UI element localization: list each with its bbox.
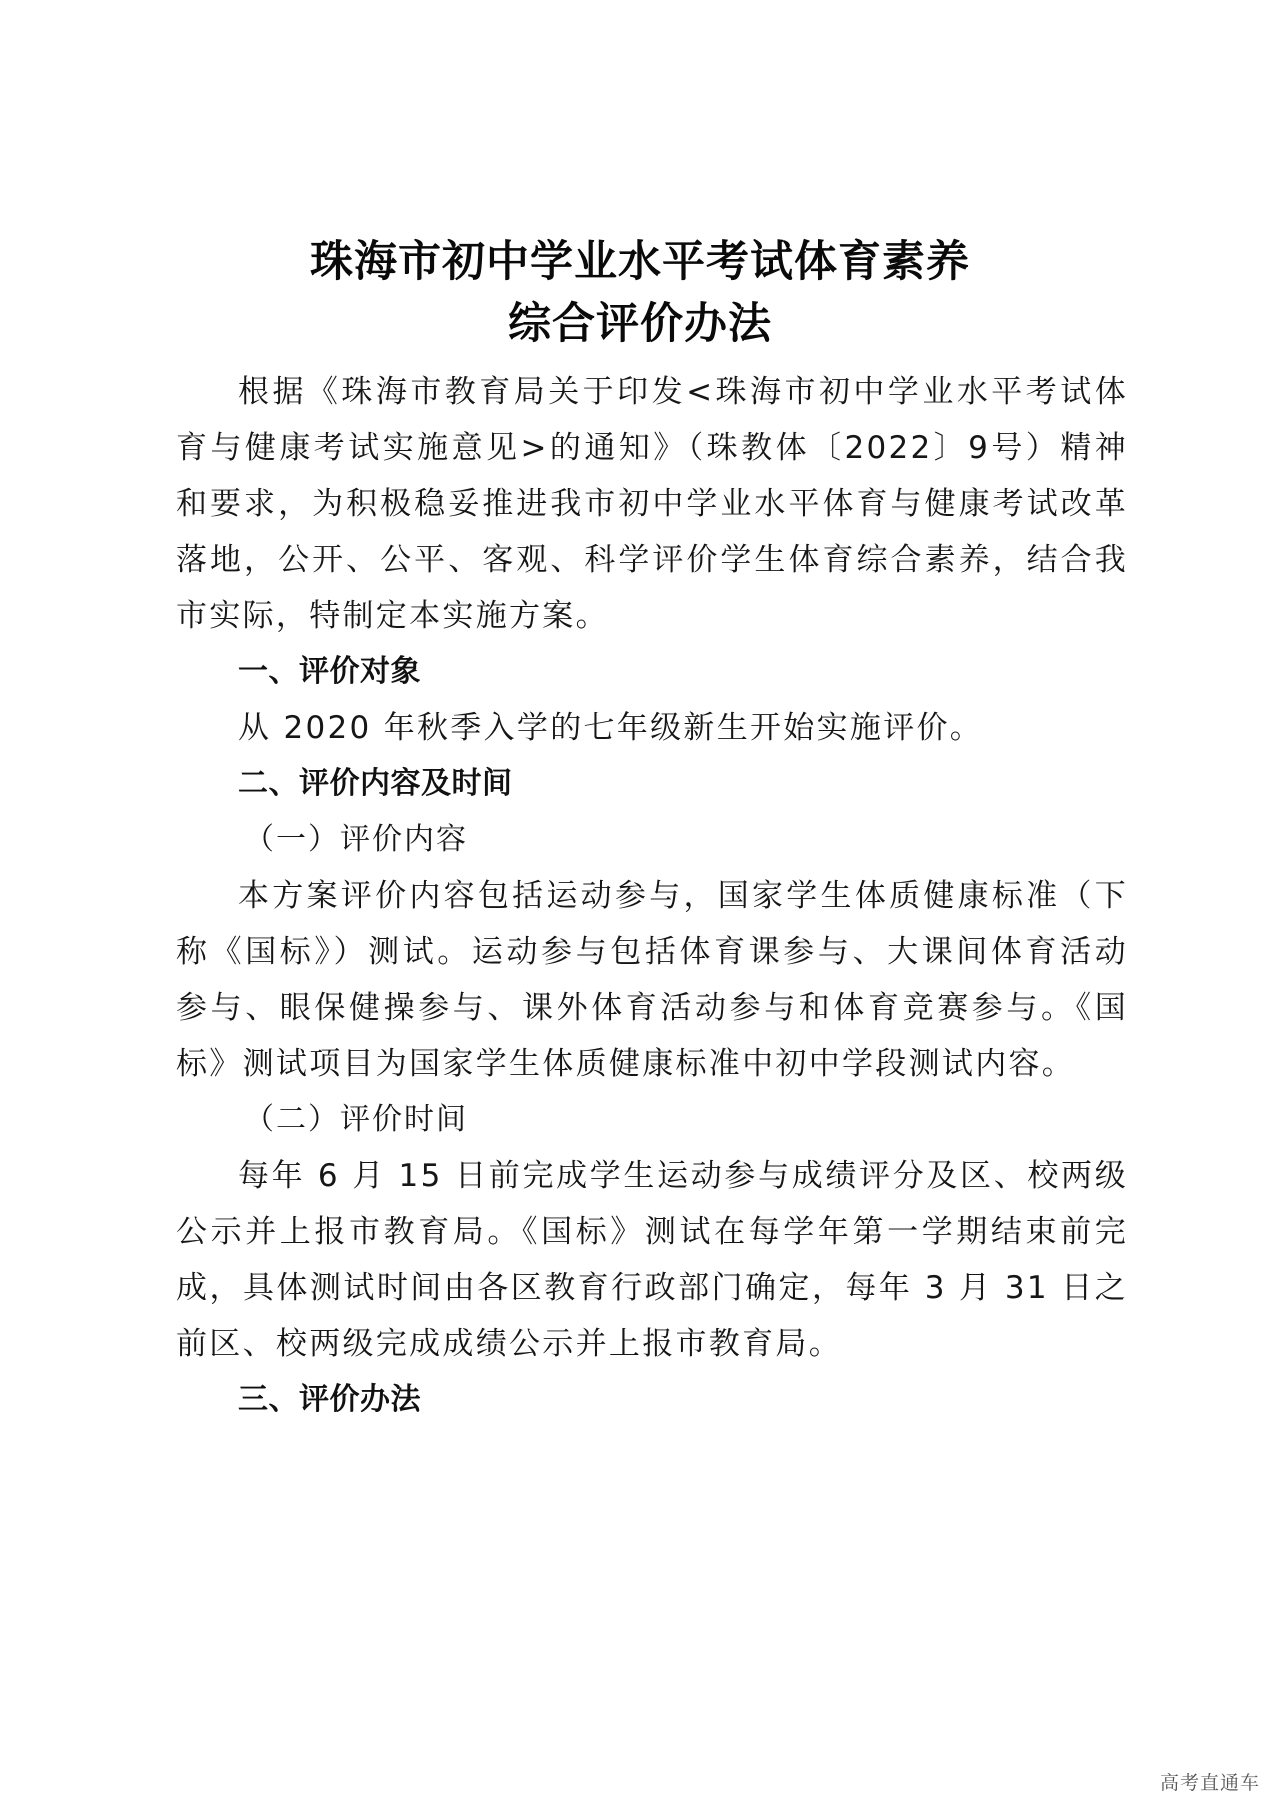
intro-paragraph-line: 落地，公开、公平、客观、科学评价学生体育综合素养，结合我 bbox=[176, 540, 1128, 580]
section-2-2-line: 前区、校两级完成成绩公示并上报市教育局。 bbox=[176, 1324, 1128, 1364]
section-2-2-heading: （二）评价时间 bbox=[244, 1100, 468, 1140]
document-title-line-2: 综合评价办法 bbox=[0, 290, 1280, 351]
section-2-1-line: 参与、眼保健操参与、课外体育活动参与和体育竞赛参与。《国 bbox=[176, 988, 1128, 1028]
document-page: 珠海市初中学业水平考试体育素养 综合评价办法 根据《珠海市教育局关于印发<珠海市… bbox=[0, 0, 1280, 1810]
document-title-line-1: 珠海市初中学业水平考试体育素养 bbox=[0, 228, 1280, 289]
intro-paragraph-line: 育与健康考试实施意见>的通知》（珠教体〔2022〕9号）精神 bbox=[176, 428, 1128, 468]
section-1-heading: 一、评价对象 bbox=[238, 652, 421, 692]
section-3-heading: 三、评价办法 bbox=[238, 1380, 421, 1420]
section-2-2-line: 公示并上报市教育局。《国标》测试在每学年第一学期结束前完 bbox=[176, 1212, 1128, 1252]
intro-paragraph-line: 和要求，为积极稳妥推进我市初中学业水平体育与健康考试改革 bbox=[176, 484, 1128, 524]
intro-paragraph-line: 市实际，特制定本实施方案。 bbox=[176, 596, 1128, 636]
section-1-text: 从 2020 年秋季入学的七年级新生开始实施评价。 bbox=[238, 708, 1128, 748]
section-2-2-line: 每年 6 月 15 日前完成学生运动参与成绩评分及区、校两级 bbox=[238, 1156, 1128, 1196]
section-2-1-line: 本方案评价内容包括运动参与，国家学生体质健康标准（下 bbox=[238, 876, 1128, 916]
section-2-heading: 二、评价内容及时间 bbox=[238, 764, 513, 804]
section-2-2-line: 成，具体测试时间由各区教育行政部门确定，每年 3 月 31 日之 bbox=[176, 1268, 1128, 1308]
section-2-1-heading: （一）评价内容 bbox=[244, 820, 468, 860]
section-2-1-line: 标》测试项目为国家学生体质健康标准中初中学段测试内容。 bbox=[176, 1044, 1128, 1084]
section-2-1-line: 称《国标》）测试。运动参与包括体育课参与、大课间体育活动 bbox=[176, 932, 1128, 972]
intro-paragraph-line: 根据《珠海市教育局关于印发<珠海市初中学业水平考试体 bbox=[238, 372, 1128, 412]
watermark-text: 高考直通车 bbox=[1160, 1768, 1260, 1795]
